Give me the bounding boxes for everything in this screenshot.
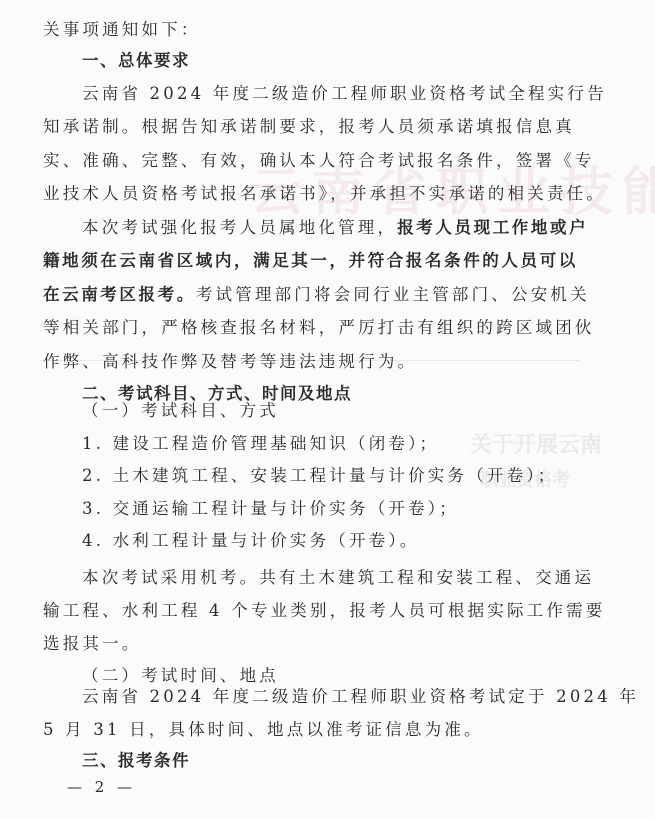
bold-text: 报考人员现工作地或户	[397, 218, 588, 237]
paragraph-line: 选报其一。	[43, 634, 142, 654]
paragraph-line-mixed: 在云南考区报考。考试管理部门将会同行业主管部门、公安机关	[43, 285, 590, 305]
page-number: — 2 —	[67, 778, 136, 796]
subsection-heading-1: （一）考试科目、方式	[82, 401, 279, 421]
title-bleed-through-1: 关于开展云南	[470, 428, 602, 459]
list-item-2: 2. 土木建筑工程、安装工程计量与计价实务（开卷）；	[82, 466, 557, 486]
paragraph-line: 5 月 31 日，具体时间、地点以准考证信息为准。	[43, 720, 484, 740]
intro-line: 关事项通知如下：	[43, 20, 201, 40]
bold-text: 在云南考区报考。	[43, 285, 196, 304]
list-item-1: 1. 建设工程造价管理基础知识（闭卷）；	[82, 434, 439, 454]
document-page: 云南省职业技能鉴定 关于开展云南 职业资格考 关事项通知如下： 一、总体要求 云…	[0, 0, 655, 819]
paragraph-line: 云南省 2024 年度二级造价工程师职业资格考试定于 2024 年	[82, 687, 639, 707]
paragraph-line-bold: 籍地须在云南省区域内，满足其一，并符合报名条件的人员可以	[43, 251, 578, 271]
paragraph-line-mixed: 本次考试强化报考人员属地化管理，报考人员现工作地或户	[82, 218, 588, 238]
paragraph-line: 知承诺制。根据告知承诺制要求，报考人员须承诺填报信息真	[43, 117, 575, 137]
paragraph-line: 等相关部门，严格核查报名材料，严厉打击有组织的跨区域团伙	[43, 318, 595, 338]
paragraph-line: 实、准确、完整、有效，确认本人符合考试报名条件，签署《专	[43, 151, 595, 171]
list-item-4: 4. 水利工程计量与计价实务（开卷）。	[82, 531, 420, 551]
subsection-heading-2: （二）考试时间、地点	[82, 666, 279, 686]
paragraph-line: 云南省 2024 年度二级造价工程师职业资格考试全程实行告	[82, 84, 607, 104]
section-heading-3: 三、报考条件	[82, 751, 190, 771]
paragraph-line: 输工程、水利工程 4 个专业类别，报考人员可根据实际工作需要	[43, 601, 606, 621]
normal-text: 考试管理部门将会同行业主管部门、公安机关	[196, 285, 590, 304]
list-item-3: 3. 交通运输工程计量与计价实务（开卷）；	[82, 499, 459, 519]
paragraph-line: 业技术人员资格考试报名承诺书》，并承担不实承诺的相关责任。	[43, 184, 606, 204]
section-heading-1: 一、总体要求	[82, 51, 190, 71]
paragraph-line: 本次考试采用机考。共有土木建筑工程和安装工程、交通运	[82, 568, 594, 588]
paragraph-line: 作弊、高科技作弊及替考等违法违规行为。	[43, 352, 417, 372]
normal-text: 本次考试强化报考人员属地化管理，	[82, 218, 397, 237]
